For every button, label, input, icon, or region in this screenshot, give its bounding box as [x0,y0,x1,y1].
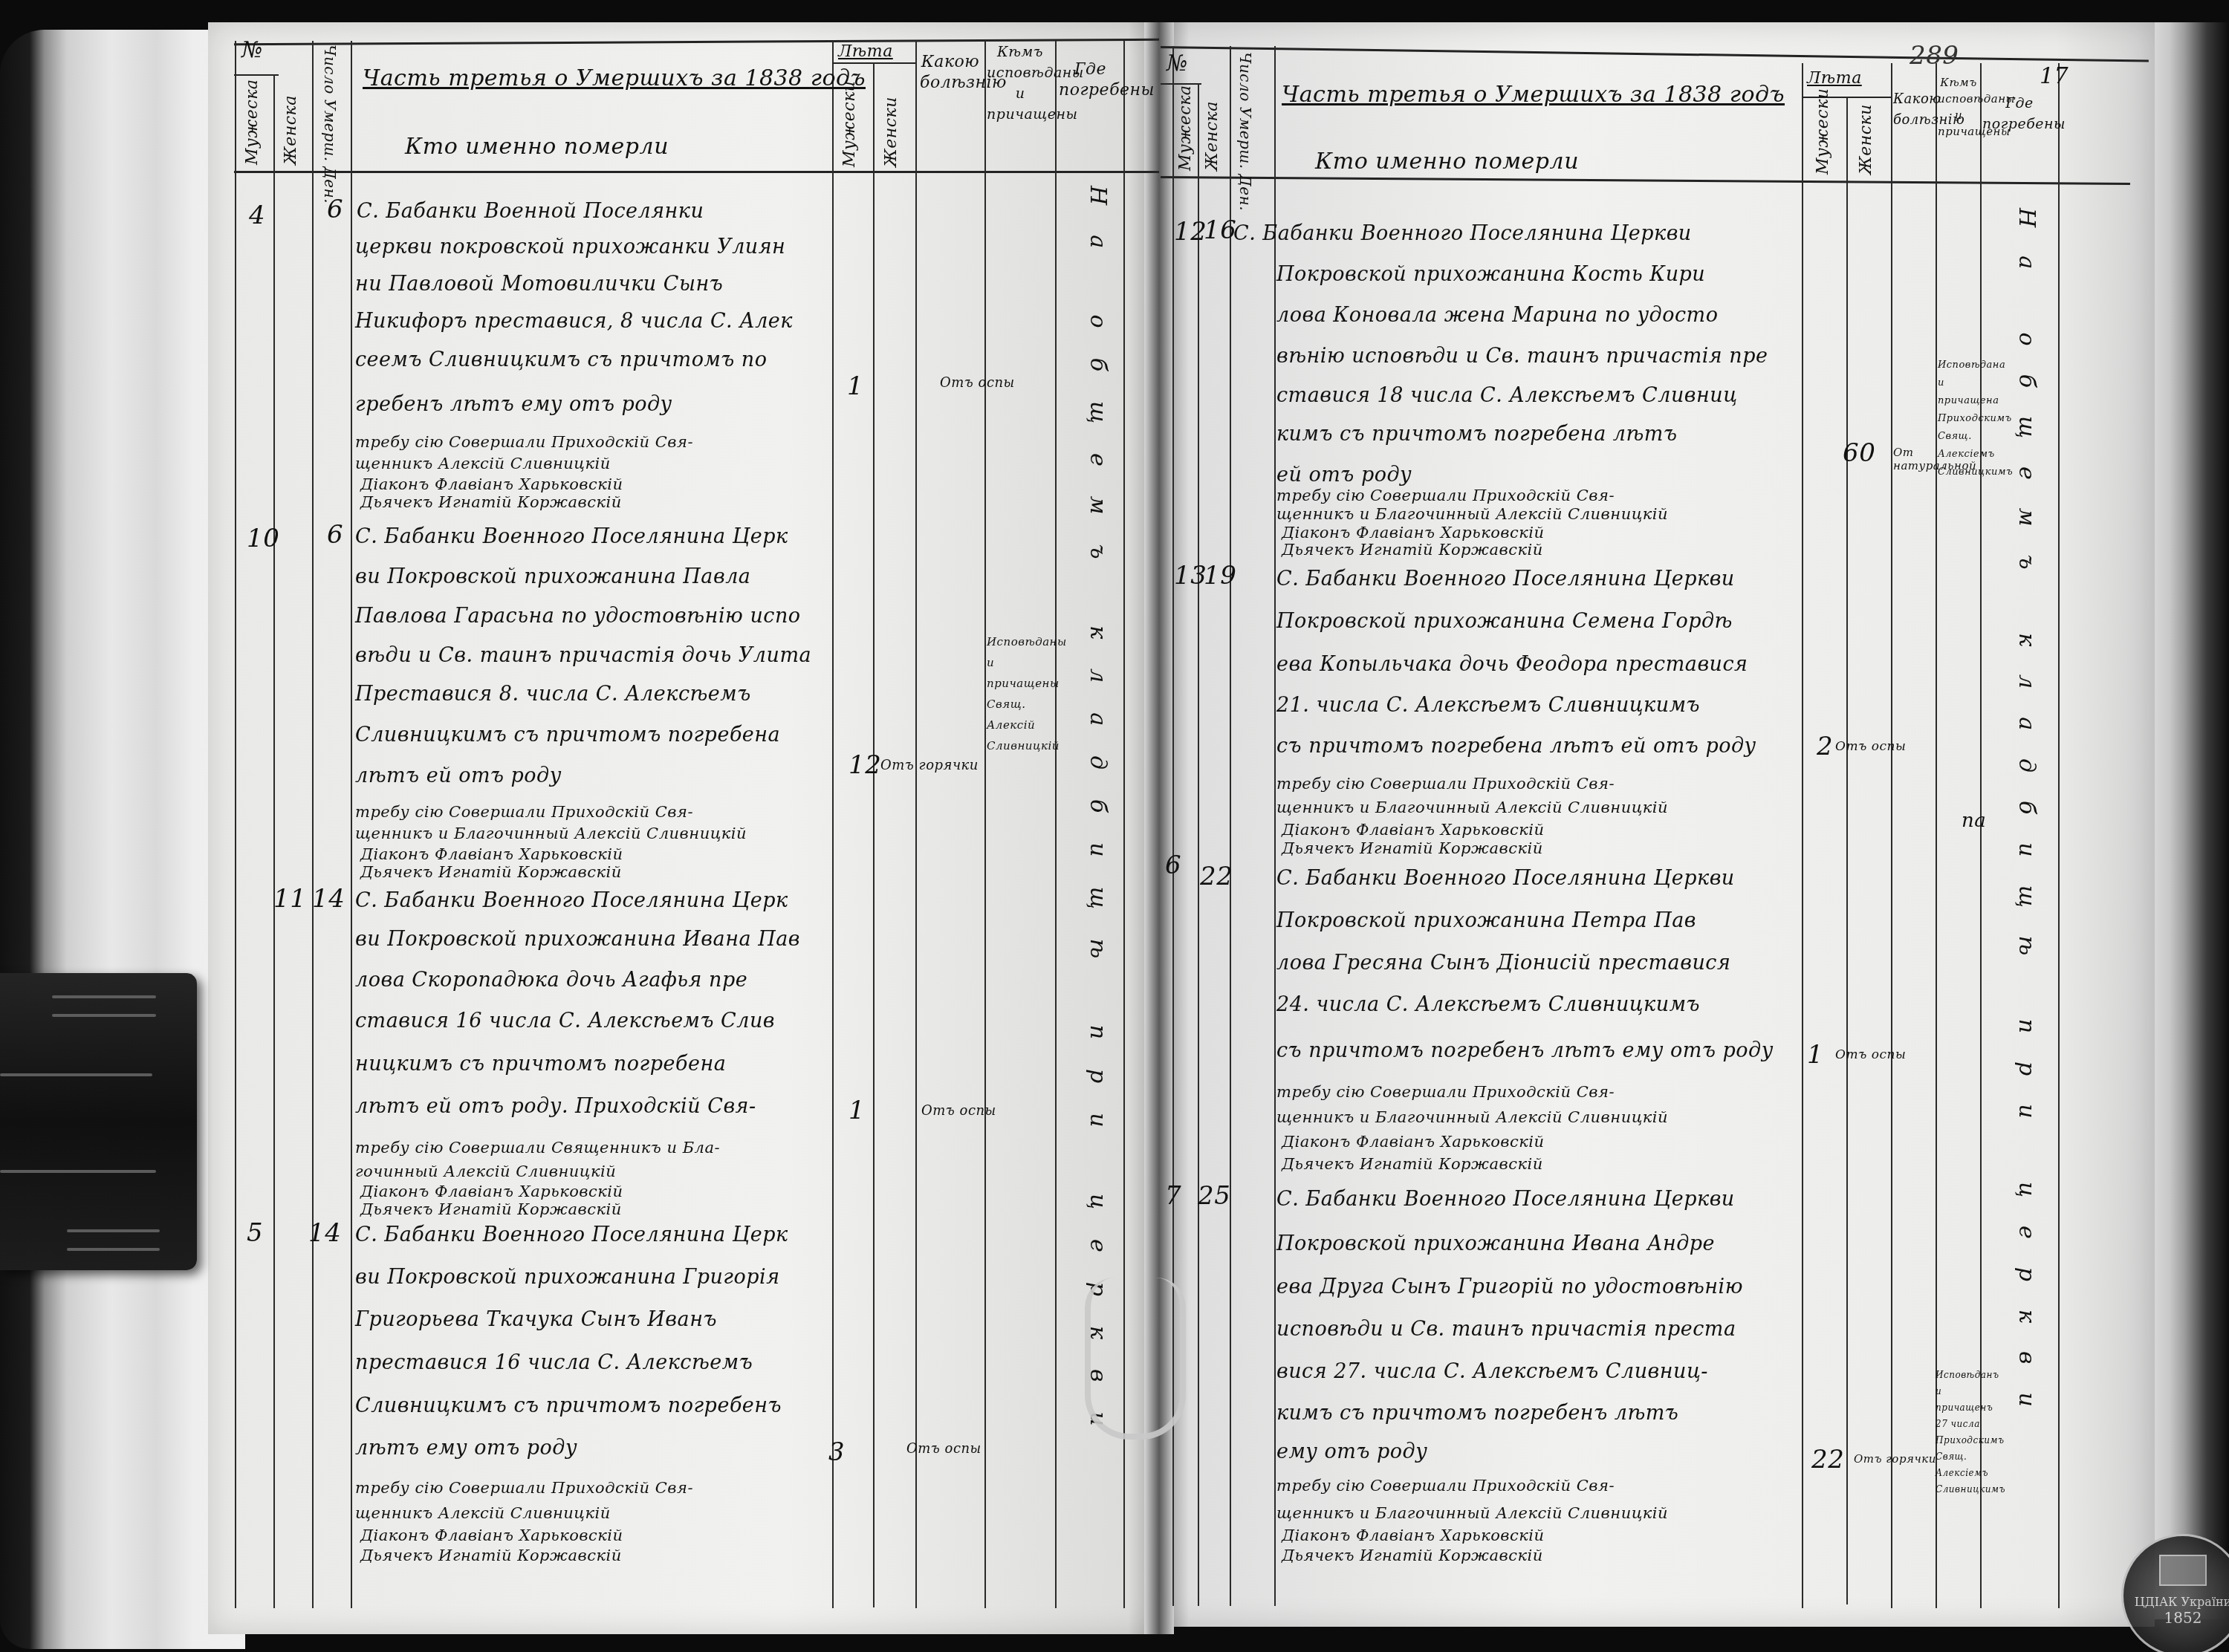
signature-line: Дьячекъ Игнатій Коржавскій [360,863,622,881]
entry-text-line: лова Скоропадюка дочь Агафья пре [355,969,747,992]
col-male-header: Мужеска [242,83,263,165]
entry-text-line: ева Копыльчака дочь Феодора преставися [1276,654,1748,676]
illness-value: Отъ оспы [940,375,1015,391]
entry-text-line: С. Бабанки Военного Поселянина Церк [355,890,788,912]
entry-text-line: Покровской прихожанина Петра Пав [1276,910,1696,932]
signature-line: Діаконъ Флавіанъ Харьковскій [360,1183,623,1200]
entry-text-line: исповѣди и Св. таинъ причастія преста [1276,1318,1736,1341]
entry-text-line: церкви покровской прихожанки Улиян [355,236,785,258]
signature-line: требу сію Совершали Священникъ и Бла- [355,1136,720,1159]
age-value: 22 [1811,1445,1844,1474]
page-title: Часть третья о Умершихъ за 1838 годъ [1282,82,1785,108]
corner-mark: 17 [2040,63,2069,89]
illness-value: Отъ оспы [1835,739,1906,754]
entry-text-line: кимъ съ причтомъ погребенъ лѣтъ [1276,1402,1678,1425]
entry-text-line: ни Павловой Мотовилички Сынъ [355,273,723,296]
entry-text-line: лова Коновала жена Марина по удосто [1276,305,1718,327]
signature-line: Діаконъ Флавіанъ Харьковскій [360,1526,623,1544]
entry-text-line: лѣтъ ей отъ роду [355,765,562,787]
entry-text-line: преставися 16 числа С. Алексѣемъ [355,1352,753,1374]
entry-text-line: Сливницкимъ съ причтомъ погребена [355,724,780,747]
signature-line: требу сію Совершали Приходскій Свя- [355,1477,693,1499]
death-day: 6 [327,520,343,550]
entry-text-line: Покровской прихожанина Семена Гордѣ [1276,611,1733,633]
entry-text-line: ви Покровской прихожанина Григорія [355,1266,780,1289]
entry-text-line: лѣтъ ей отъ роду. Приходскій Свя- [355,1096,756,1118]
entry-text-line: С. Бабанки Военного Поселянина Церкви [1276,568,1735,591]
entry-text-line: ему отъ роду [1276,1441,1427,1463]
age-value: 2 [1817,732,1833,761]
age-value: 12 [849,750,881,780]
entry-text-line: ви Покровской прихожанина Ивана Пав [355,929,800,951]
age-value: 60 [1843,438,1875,468]
col-illness-header: Какою болѣзнію [1893,89,1934,131]
signature-line: щенникъ и Благочинный Алексій Сливницкій [355,825,747,842]
signature-line: Діаконъ Флавіанъ Харьковскій [1282,1526,1545,1544]
male-number: 4 [249,201,265,230]
signature-line: щенникъ и Благочинный Алексій Сливницкій [1276,1504,1668,1522]
col-burial-header: Где погребены [1059,59,1122,101]
signature-line: требу сію Совершали Приходскій Свя- [1276,484,1615,507]
col-day-header: Число Умерш. Ден. [319,45,340,167]
entry-text-line: ева Друга Сынъ Григорій по удостовѣнію [1276,1276,1743,1298]
entry-text-line: 24. числа С. Алексѣемъ Сливницкимъ [1276,994,1700,1016]
entry-text-line: съ причтомъ погребена лѣтъ ей отъ роду [1276,735,1756,758]
illness-value: От натуральной [1893,446,1934,472]
signature-line: Дьячекъ Игнатій Коржавскій [1282,839,1543,857]
entry-text-line: С. Бабанки Военной Поселянки [357,201,704,223]
illness-value: Отъ горячки [880,758,979,773]
entry-text-line: съ причтомъ погребенъ лѣтъ ему отъ роду [1276,1040,1774,1062]
age-value: 3 [828,1437,845,1467]
col-age-female-header: Женски [881,71,902,167]
number-sign-label: № [241,37,263,63]
signature-line: требу сію Совершали Приходскій Свя- [1276,773,1615,795]
signature-line: щенникъ и Благочинный Алексій Сливницкій [1276,799,1668,816]
entry-text-line: С. Бабанки Военного Поселянина Церкви [1276,868,1735,890]
col-illness-header: Какою болѣзнію [920,52,981,94]
signature-line: требу сію Совершали Приходскій Свя- [355,801,693,823]
signature-line: Дьячекъ Игнатій Коржавскій [1282,541,1543,559]
signature-line: щенникъ и Благочинный Алексій Сливницкій [1276,505,1668,523]
signature-line: гочинный Алексій Сливницкій [355,1162,616,1180]
entry-text-line: лѣтъ ему отъ роду [355,1437,577,1460]
female-number: 10 [247,524,279,553]
entry-text-line: вѣнію исповѣди и Св. таинъ причастія пре [1276,345,1768,368]
page-title: Часть третья о Умершихъ за 1838 годъ [363,65,866,91]
entry-text-line: Сливницкимъ съ причтомъ погребенъ [355,1395,782,1417]
entry-text-line: Покровской прихожанина Ивана Андре [1276,1233,1715,1255]
death-day: 22 [1200,862,1233,891]
male-number: 7 [1165,1181,1181,1211]
signature-line: Діаконъ Флавіанъ Харьковскій [1282,821,1545,839]
signature-line: требу сію Совершали Приходскій Свя- [355,431,693,453]
entry-text-line: 21. числа С. Алексѣемъ Сливницкимъ [1276,695,1700,717]
entry-text-line: Павлова Гарасьна по удостовѣнію испо [355,605,801,628]
entry-text-line: С. Бабанки Военного Поселянина Церкви [1276,1188,1735,1211]
entry-text-line: С. Бабанки Военного Поселянина Церк [355,526,788,548]
entry-text-line: гребенъ лѣтъ ему отъ роду [355,394,672,416]
col-male-header: Мужеска [1175,89,1196,171]
age-value: 1 [847,371,863,401]
col-age-male-header: Мужески [840,71,860,167]
col-confession-header: Кѣмъ исповѣданы и причащены [987,42,1054,125]
book-icon [2159,1555,2207,1586]
col-age-male-header: Мужески [1813,100,1834,175]
stamp-year: 1852 [2164,1609,2202,1627]
entry-text-line: Покровской прихожанина Кость Кири [1276,264,1705,286]
stamp-text: ЦДІАК України [2135,1595,2229,1609]
death-day: 16 [1204,215,1236,245]
folio-number: 289 [1910,41,1959,71]
signature-line: Діаконъ Флавіанъ Харьковскій [1282,524,1545,542]
entry-text-line: Преставися 8. числа С. Алексѣемъ [355,683,751,706]
col-age-header: Лѣта [1807,68,1862,89]
age-value: 1 [849,1096,865,1125]
entry-text-line: лова Гресяна Сынъ Діонисій преставися [1276,952,1730,975]
illness-value: Отъ горячки [1854,1452,1936,1466]
illness-value: Отъ оспы [906,1441,982,1457]
entry-text-line: ницкимъ съ причтомъ погребена [355,1053,726,1076]
death-day: 14 [312,884,345,914]
col-burial-header: Где погребены [1982,93,2057,134]
page-subtitle: Кто именно померли [405,134,669,160]
entry-text-line: Никифоръ преставися, 8 числа С. Алек [355,310,793,333]
death-day: 6 [327,195,343,224]
male-number: 5 [247,1218,263,1248]
binder-clip [0,973,197,1270]
entry-text-line: ставися 18 числа С. Алексѣемъ Сливниц [1276,385,1738,407]
signature-line: Діаконъ Флавіанъ Харьковскій [360,845,623,863]
number-sign-label: № [1167,51,1188,77]
col-confession-header: Кѣмъ исповѣданы и причащены [1938,74,1979,140]
entry-text-line: С. Бабанки Военного Поселянина Церкви [1233,223,1692,245]
signature-line: требу сію Совершали Приходскій Свя- [1276,1474,1615,1497]
female-number: 13 [1174,561,1207,591]
entry-text-line: ставися 16 числа С. Алексѣемъ Слив [355,1010,775,1032]
burial-column-text: На общемъ кладбищѣ при церкви [1085,186,1111,1448]
col-female-header: Женска [281,83,302,165]
col-age-female-header: Женски [1856,100,1877,175]
death-day: 19 [1204,561,1236,591]
entry-text-line: С. Бабанки Военного Поселянина Церк [355,1224,788,1246]
binding-thread [1085,1278,1186,1440]
signature-line: Діаконъ Флавіанъ Харьковскій [1282,1133,1545,1151]
signature-line: требу сію Совершали Приходскій Свя- [1276,1081,1615,1103]
female-number: 12 [1174,217,1207,247]
page-subtitle: Кто именно померли [1315,149,1579,175]
illness-value: Отъ оспы [921,1103,996,1119]
entry-text-line: сеемъ Сливницкимъ съ причтомъ по [355,349,768,371]
margin-mark: па [1962,810,1986,832]
male-number: 6 [1165,851,1181,880]
death-day: 25 [1198,1181,1230,1211]
col-day-header: Число Умерш. Ден. [1235,52,1256,175]
signature-line: Дьячекъ Игнатій Коржавскій [1282,1547,1543,1564]
age-value: 1 [1807,1040,1823,1070]
signature-line: Дьячекъ Игнатій Коржавскій [360,1547,622,1564]
entry-text-line: вися 27. числа С. Алексѣемъ Сливниц- [1276,1361,1708,1383]
col-female-header: Женска [1202,89,1223,171]
signature-line: Дьячекъ Игнатій Коржавскій [360,493,622,511]
confession-value: Исповѣданы и причащены Свящ. Алексій Сли… [987,631,1054,756]
confession-value: Исповѣдана и причащена Приходскимъ Свящ.… [1938,357,1981,481]
signature-line: Дьячекъ Игнатій Коржавскій [360,1200,622,1218]
signature-line: Дьячекъ Игнатій Коржавскій [1282,1155,1543,1173]
entry-text-line: ей отъ роду [1276,464,1412,487]
signature-line: щенникъ Алексій Сливницкій [355,1504,611,1522]
death-day: 14 [308,1218,341,1248]
burial-column-text: На общемъ кладбищѣ при церкви [2014,208,2040,1322]
illness-value: Отъ оспы [1835,1047,1906,1062]
entry-text-line: ви Покровской прихожанина Павла [355,566,750,588]
col-age-header: Лѣта [838,42,893,62]
entry-text-line: кимъ съ причтомъ погребена лѣтъ [1276,423,1677,446]
confession-value: Исповѣданъ и причащенъ 27 числа Приходск… [1936,1367,1980,1497]
signature-line: щенникъ и Благочинный Алексій Сливницкій [1276,1108,1668,1126]
entry-text-line: вѣди и Св. таинъ причастія дочь Улита [355,645,811,667]
signature-line: Діаконъ Флавіанъ Харьковскій [360,475,623,493]
signature-line: щенникъ Алексій Сливницкій [355,455,611,472]
entry-text-line: Григорьева Ткачука Сынъ Иванъ [355,1309,717,1331]
female-number: 11 [273,884,306,914]
